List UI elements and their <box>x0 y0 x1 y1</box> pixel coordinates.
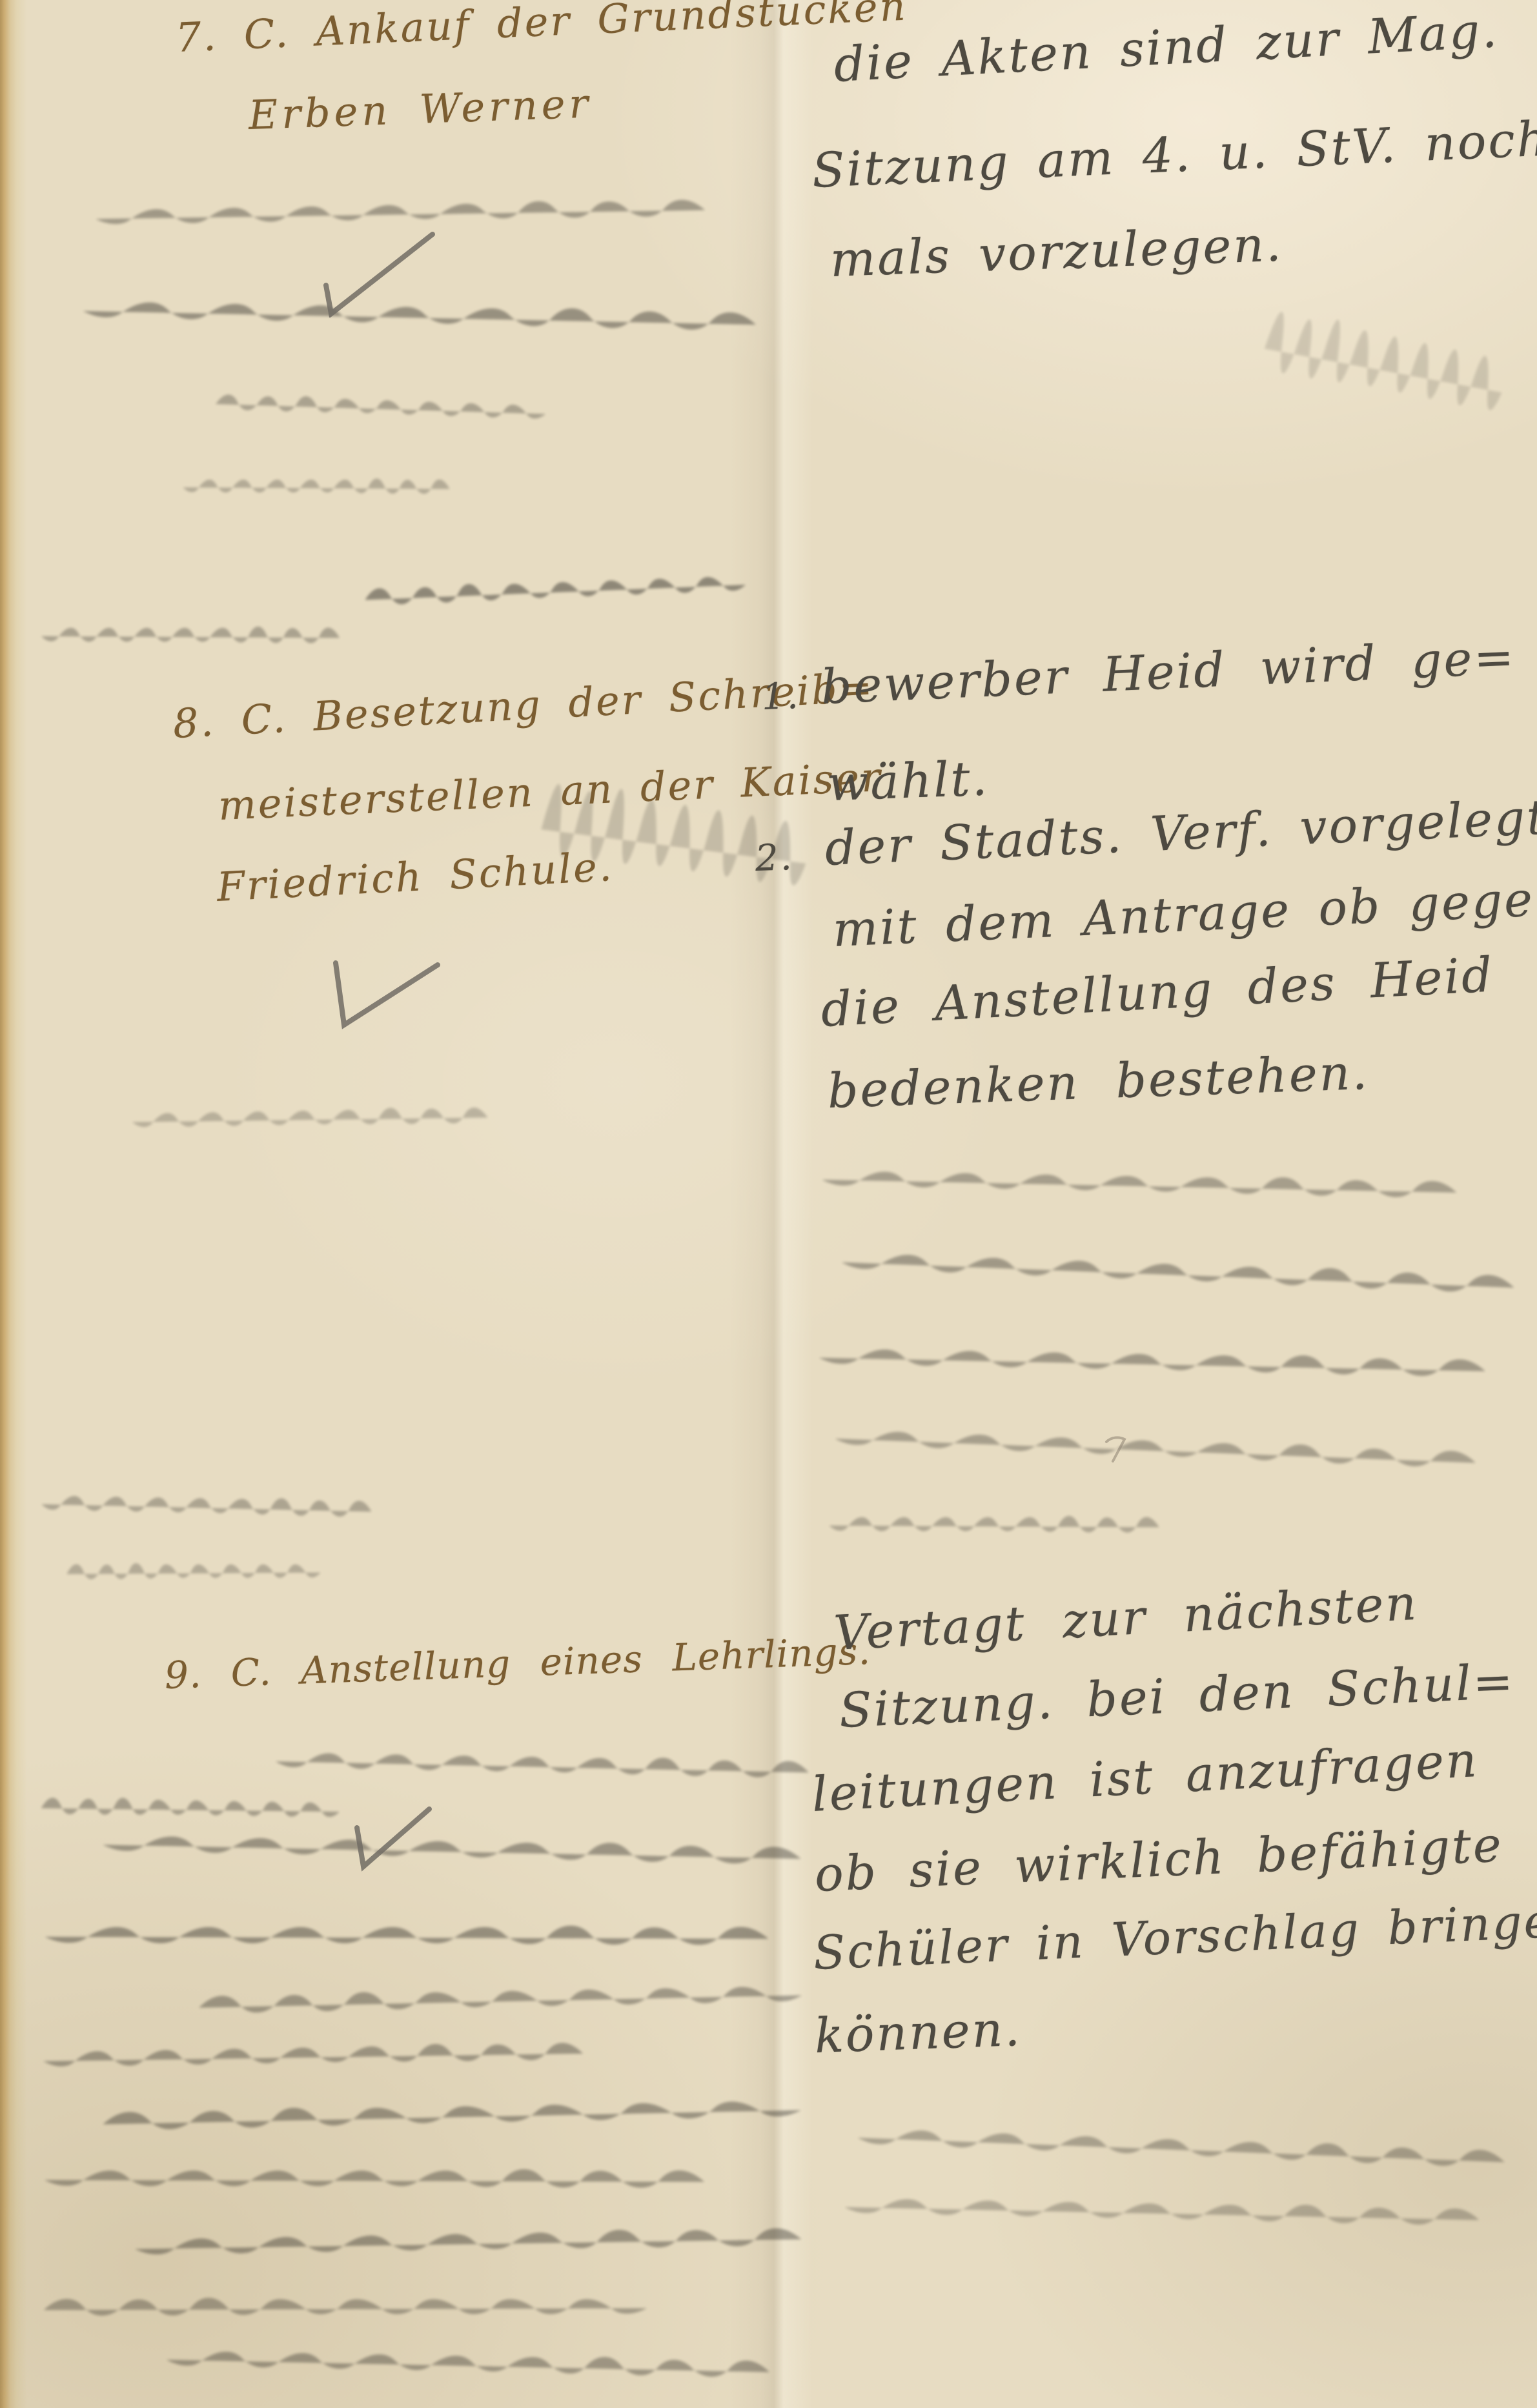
agenda-8-line-3: Friedrich Schule. <box>216 843 615 911</box>
bleedthrough-line <box>90 186 711 232</box>
resolution-9-line-4: ob sie wirklich befähigte <box>813 1817 1504 1902</box>
bleedthrough-line <box>181 467 452 498</box>
bleedthrough-line <box>829 1415 1481 1473</box>
resolution-9-line-6: können. <box>813 2001 1022 2064</box>
bleedthrough-line <box>817 1156 1463 1203</box>
resolution-9-line-2: Sitzung. bei den Schul= <box>838 1654 1516 1739</box>
pencil-checkmark-8 <box>332 959 442 1030</box>
resolution-8-item1-line-2: wählt. <box>826 751 990 812</box>
resolution-8-item1-line-1: bewerber Heid wird ge= <box>820 629 1517 715</box>
agenda-7-line-2: Erben Werner <box>248 79 593 139</box>
bleedthrough-line <box>129 2213 808 2262</box>
stray-pen-mark <box>1104 1434 1130 1465</box>
bleedthrough-line <box>39 2029 588 2074</box>
bleedthrough-line <box>39 1481 375 1522</box>
bleedthrough-line <box>39 614 342 648</box>
resolution-9-line-3: leitungen ist anzufragen <box>811 1732 1480 1823</box>
resolution-8-item2-line-3: die Anstellung des Heid <box>820 947 1496 1037</box>
resolution-7-line-1: die Akten sind zur Mag. <box>833 3 1500 93</box>
bleedthrough-line <box>212 381 549 425</box>
pencil-checkmark-7 <box>321 230 436 318</box>
bleedthrough-line <box>39 2285 652 2321</box>
bleedthrough-line <box>839 2183 1485 2231</box>
bleedthrough-line <box>826 1504 1162 1537</box>
bleedthrough-line <box>835 1237 1520 1300</box>
manuscript-page: 7. C. Ankauf der Grundstücken Erben Wern… <box>0 0 1537 2408</box>
resolution-9-line-5: Schüler in Vorschlag bringen <box>812 1892 1537 1980</box>
bleedthrough-line <box>161 2336 775 2383</box>
bleedthrough-line <box>813 1333 1492 1382</box>
bleedthrough-line <box>39 1912 775 1950</box>
resolution-7-line-2: Sitzung am 4. u. StV. noch= <box>811 109 1537 199</box>
resolution-9-line-1: Vertagt zur nächsten <box>833 1575 1420 1661</box>
resolution-8-item2-line-2: mit dem Antrage ob gegen <box>831 870 1537 958</box>
bleedthrough-line <box>39 1784 343 1824</box>
bleedthrough-line <box>361 562 749 611</box>
bleedthrough-line <box>851 2113 1511 2174</box>
bleedthrough-line <box>65 1552 323 1584</box>
resolution-8-item2-line-4: bedenken bestehen. <box>826 1045 1370 1119</box>
bleedthrough-line <box>39 2156 710 2193</box>
resolution-7-line-3: mals vorzulegen. <box>829 217 1283 288</box>
bleedthrough-line <box>97 1820 808 1870</box>
agenda-9-line-1: 9. C. Anstellung eines Lehrlings. <box>164 1629 871 1697</box>
bleedthrough-line <box>97 2085 808 2136</box>
resolution-8-marker-1: 1. <box>761 675 801 718</box>
resolution-8-marker-2: 2. <box>755 836 795 880</box>
bleedthrough-line <box>194 1971 808 2019</box>
bleedthrough-line <box>129 1094 491 1134</box>
agenda-7-line-1: 7. C. Ankauf der Grundstücken <box>174 0 908 61</box>
bleedthrough-line <box>1254 260 1521 438</box>
bleedthrough-line <box>271 1738 814 1784</box>
pencil-checkmark-9 <box>354 1806 433 1878</box>
